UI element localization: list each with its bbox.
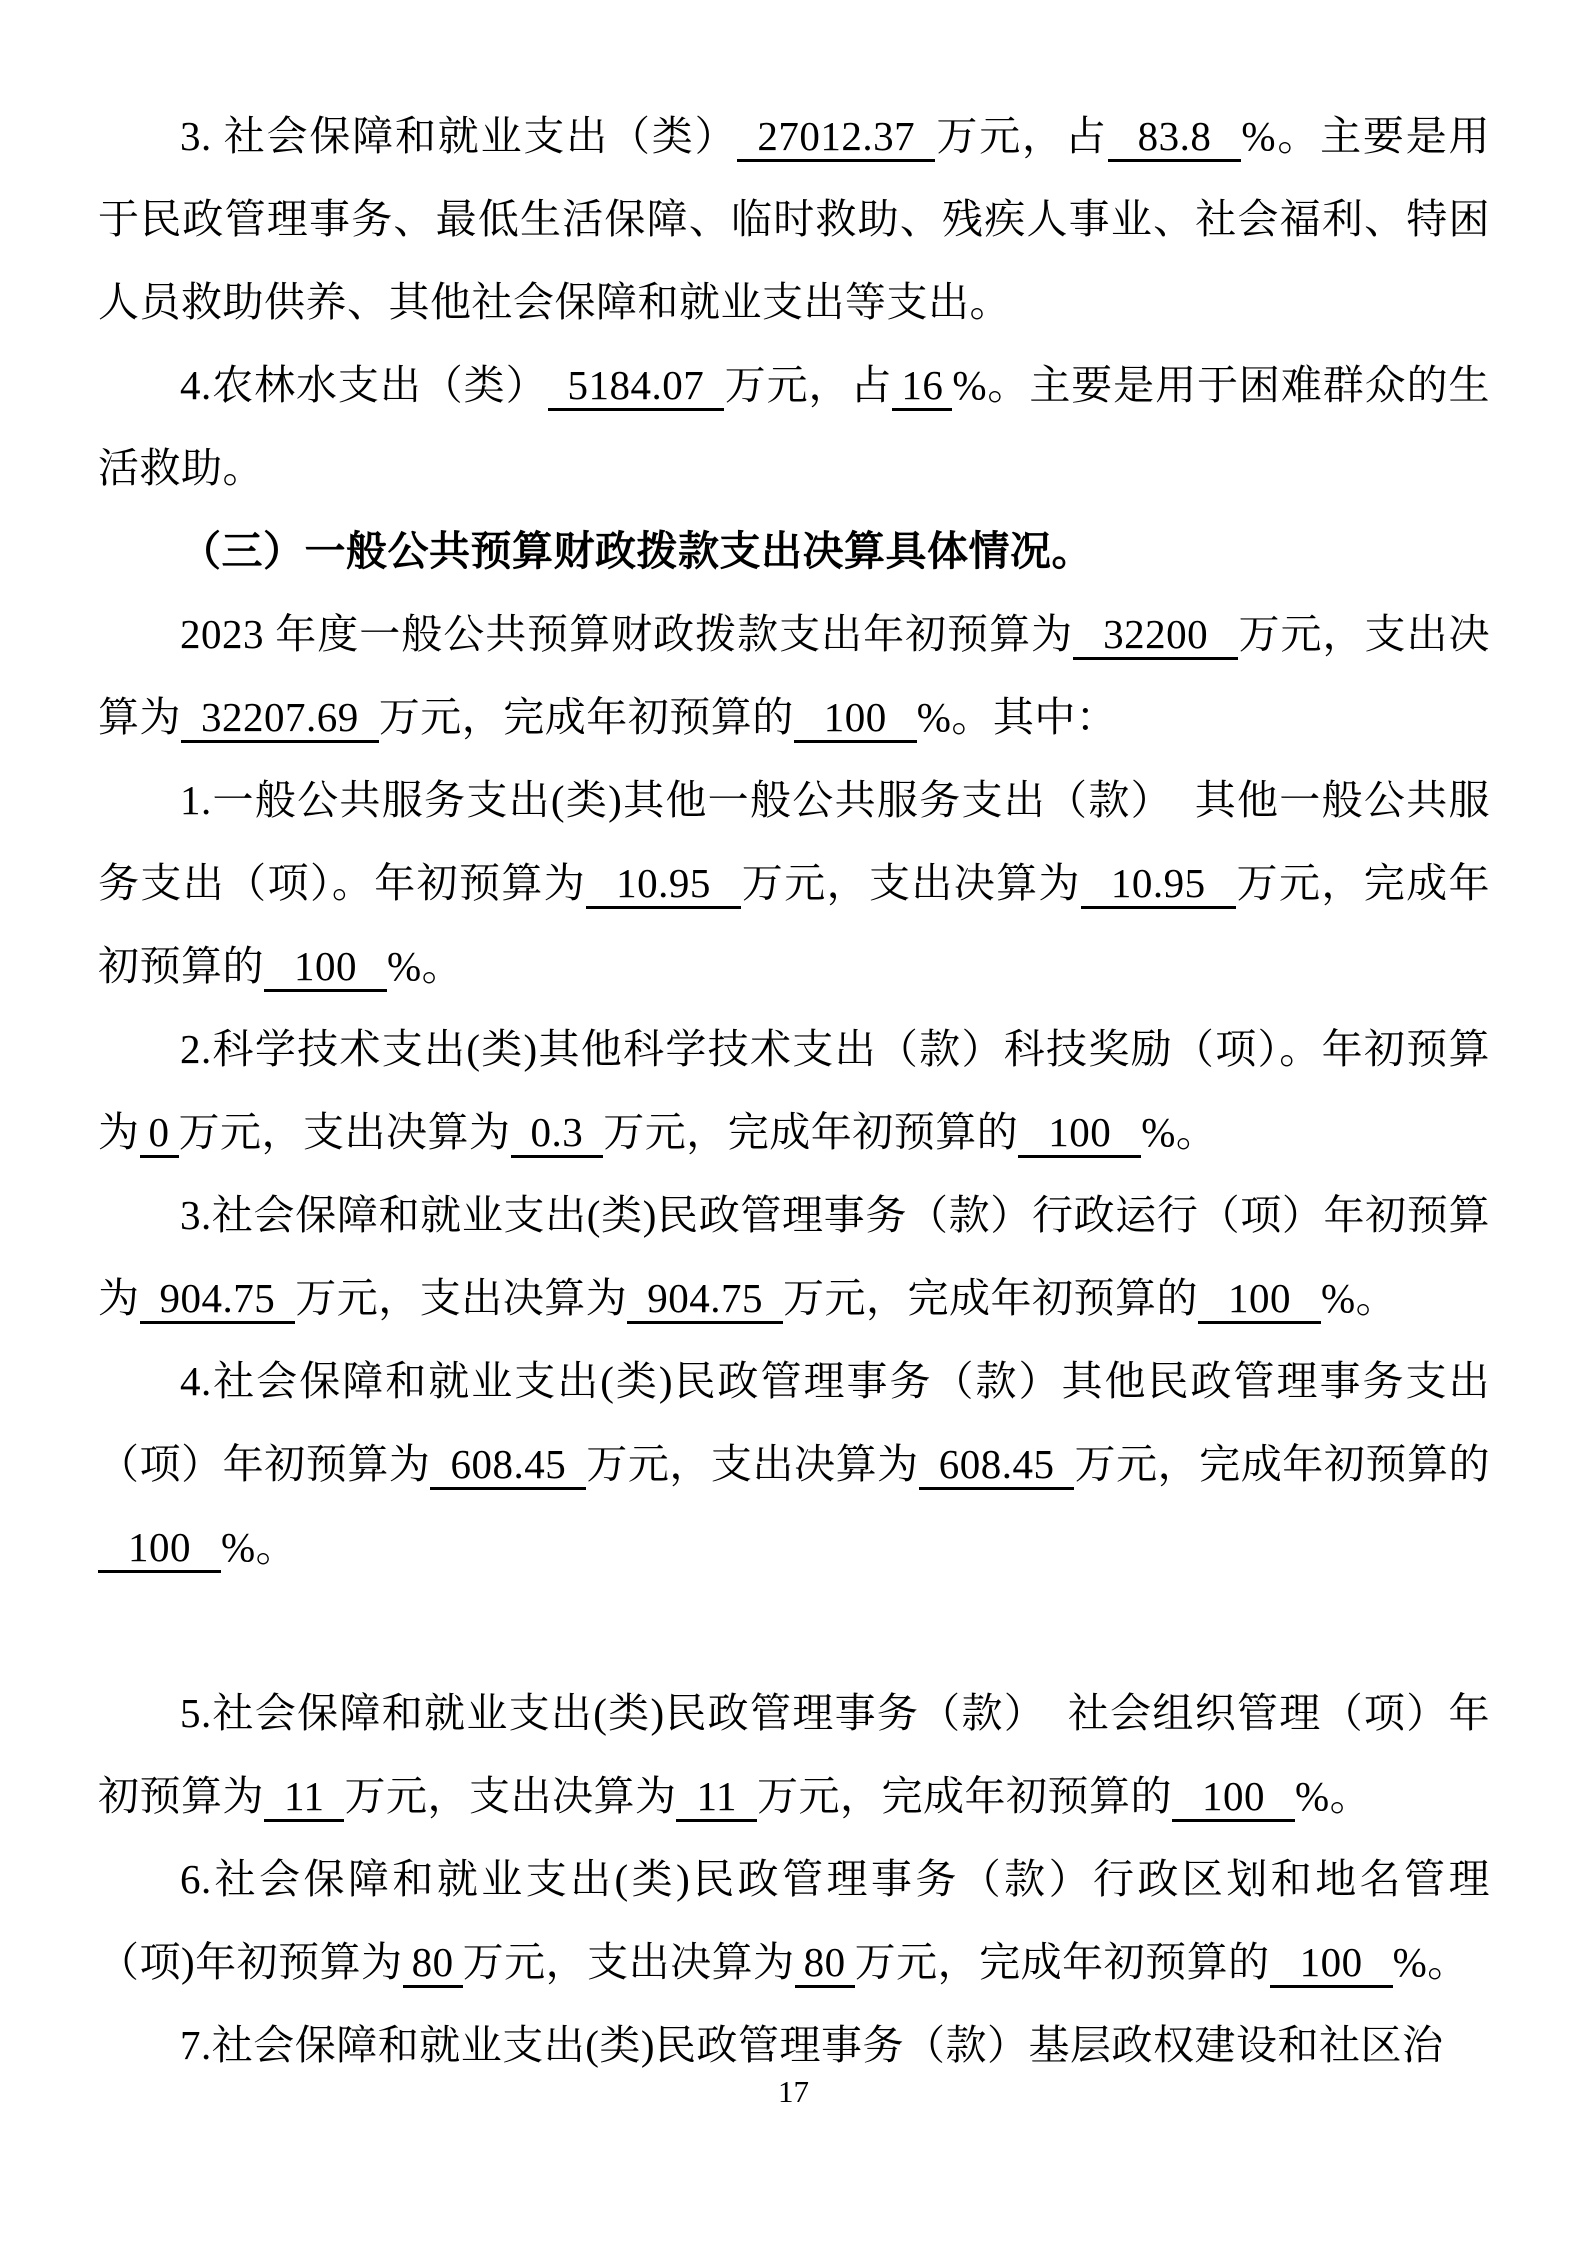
para-item4-agriculture-forestry-water: 4.农林水支出（类）5184.07万元，占16%。主要是用于困难群众的生活救助。 xyxy=(98,344,1490,510)
text-run: 万元，支出决算为 xyxy=(179,1109,511,1155)
text-run: 万元，完成年初预算的 xyxy=(1074,1441,1490,1487)
underlined-value: 0 xyxy=(140,1109,179,1158)
text-run: 万元，支出决算为 xyxy=(463,1939,795,1985)
text-run: 3. 社会保障和就业支出（类） xyxy=(180,113,737,159)
text-run: 万元，完成年初预算的 xyxy=(783,1275,1198,1321)
para-sub5-social-organization-mgmt: 5.社会保障和就业支出(类)民政管理事务（款） 社会组织管理（项）年初预算为11… xyxy=(98,1672,1490,1838)
document-body: 3. 社会保障和就业支出（类）27012.37万元，占83.8%。主要是用于民政… xyxy=(98,95,1490,2087)
blank-line xyxy=(98,1589,1490,1672)
text-run: %。 xyxy=(1141,1109,1217,1155)
para-sub3-admin-operation: 3.社会保障和就业支出(类)民政管理事务（款）行政运行（项）年初预算为904.7… xyxy=(98,1174,1490,1340)
underlined-value: 904.75 xyxy=(140,1275,296,1324)
underlined-value: 100 xyxy=(1198,1275,1321,1324)
text-run: 万元，支出决算为 xyxy=(586,1441,919,1487)
underlined-value: 100 xyxy=(1270,1939,1393,1988)
text-run: %。 xyxy=(1295,1773,1371,1819)
page-number: 17 xyxy=(0,2072,1587,2112)
text-run: 万元，支出决算为 xyxy=(295,1275,627,1321)
underlined-value: 608.45 xyxy=(919,1441,1075,1490)
underlined-value: 5184.07 xyxy=(548,362,725,411)
underlined-value: 10.95 xyxy=(1081,860,1236,909)
text-run: 万元，支出决算为 xyxy=(344,1773,676,1819)
underlined-value: 100 xyxy=(98,1524,221,1573)
text-run: 万元，支出决算为 xyxy=(741,860,1081,906)
text-run: 万元，完成年初预算的 xyxy=(855,1939,1270,1985)
underlined-value: 100 xyxy=(794,694,917,743)
text-run: %。其中： xyxy=(917,694,1118,740)
text-run: 7.社会保障和就业支出(类)民政管理事务（款）基层政权建设和社区治 xyxy=(180,2022,1444,2068)
text-run: 2023 年度一般公共预算财政拨款支出年初预算为 xyxy=(180,611,1073,657)
underlined-value: 904.75 xyxy=(627,1275,783,1324)
underlined-value: 10.95 xyxy=(586,860,741,909)
text-run: %。 xyxy=(1321,1275,1397,1321)
underlined-value: 100 xyxy=(264,943,387,992)
document-page: 3. 社会保障和就业支出（类）27012.37万元，占83.8%。主要是用于民政… xyxy=(0,0,1587,2245)
para-sub6-division-and-placenames: 6.社会保障和就业支出(类)民政管理事务（款）行政区划和地名管理（项)年初预算为… xyxy=(98,1838,1490,2004)
para-sub1-general-public-services: 1.一般公共服务支出(类)其他一般公共服务支出（款） 其他一般公共服务支出（项）… xyxy=(98,759,1490,1008)
text-run: 万元，占 xyxy=(724,362,892,408)
text-run: 万元，占 xyxy=(935,113,1108,159)
underlined-value: 27012.37 xyxy=(737,113,935,162)
underlined-value: 32200 xyxy=(1073,611,1238,660)
text-run: %。 xyxy=(387,943,463,989)
text-run: %。 xyxy=(1393,1939,1469,1985)
underlined-value: 0.3 xyxy=(511,1109,604,1158)
underlined-value: 16 xyxy=(892,362,952,411)
para-sub2-science-technology: 2.科学技术支出(类)其他科学技术支出（款）科技奖励（项）。年初预算为0万元，支… xyxy=(98,1008,1490,1174)
para-2023-budget-overview: 2023 年度一般公共预算财政拨款支出年初预算为32200万元，支出决算为322… xyxy=(98,593,1490,759)
underlined-value: 80 xyxy=(795,1939,855,1988)
text-run: 万元，完成年初预算的 xyxy=(757,1773,1172,1819)
heading-section-three: （三）一般公共预算财政拨款支出决算具体情况。 xyxy=(98,510,1490,593)
para-item3-social-security-employment: 3. 社会保障和就业支出（类）27012.37万元，占83.8%。主要是用于民政… xyxy=(98,95,1490,344)
text-run: 万元，完成年初预算的 xyxy=(603,1109,1018,1155)
underlined-value: 80 xyxy=(403,1939,463,1988)
text-run: 4.农林水支出（类） xyxy=(180,362,548,408)
underlined-value: 100 xyxy=(1172,1773,1295,1822)
underlined-value: 11 xyxy=(264,1773,344,1822)
para-sub4-other-civil-affairs: 4.社会保障和就业支出(类)民政管理事务（款）其他民政管理事务支出（项）年初预算… xyxy=(98,1340,1490,1589)
underlined-value: 32207.69 xyxy=(181,694,379,743)
underlined-value: 100 xyxy=(1018,1109,1141,1158)
text-run: （三）一般公共预算财政拨款支出决算具体情况。 xyxy=(180,528,1093,574)
underlined-value: 83.8 xyxy=(1108,113,1242,162)
text-run: %。 xyxy=(221,1524,297,1570)
underlined-value: 608.45 xyxy=(430,1441,586,1490)
text-run: 万元，完成年初预算的 xyxy=(379,694,794,740)
underlined-value: 11 xyxy=(676,1773,756,1822)
